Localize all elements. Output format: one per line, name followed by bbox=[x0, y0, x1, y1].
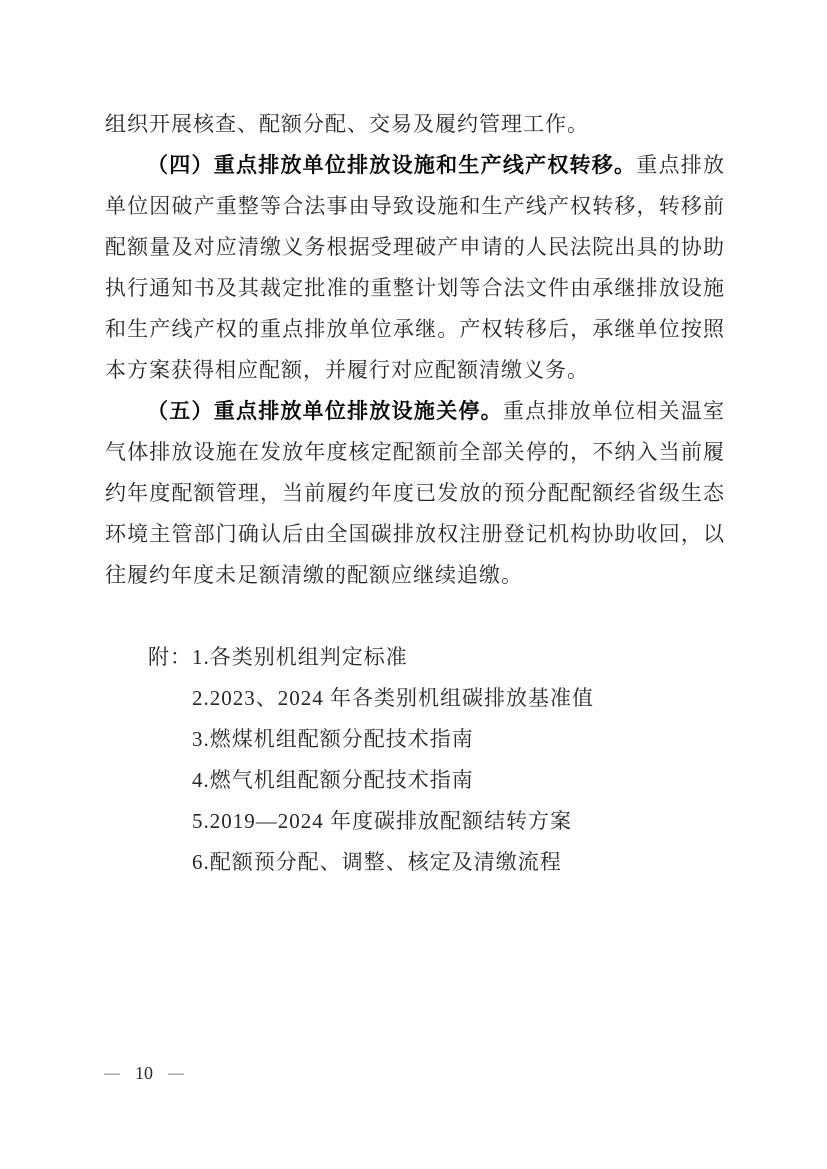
document-body: 组织开展核查、配额分配、交易及履约管理工作。 （四）重点排放单位排放设施和生产线… bbox=[105, 104, 725, 883]
paragraph-text: 组织开展核查、配额分配、交易及履约管理工作。 bbox=[105, 112, 589, 136]
footer-dash-left: — bbox=[104, 1065, 120, 1082]
page-number: 10 bbox=[135, 1063, 153, 1084]
paragraph-section-4: （四）重点排放单位排放设施和生产线产权转移。重点排放单位因破产重整等合法事由导致… bbox=[105, 145, 725, 391]
paragraph-section-5: （五）重点排放单位排放设施关停。重点排放单位相关温室气体排放设施在发放年度核定配… bbox=[105, 391, 725, 596]
section-4-heading: （四）重点排放单位排放设施和生产线产权转移。 bbox=[147, 153, 636, 177]
attachment-item-4: 4.燃气机组配额分配技术指南 bbox=[192, 760, 725, 801]
attachment-item-1: 1.各类别机组判定标准 bbox=[192, 637, 725, 678]
section-5-heading: （五）重点排放单位排放设施关停。 bbox=[147, 399, 503, 423]
section-4-text: 重点排放单位因破产重整等合法事由导致设施和生产线产权转移，转移前配额量及对应清缴… bbox=[105, 153, 725, 382]
attachment-item-3: 3.燃煤机组配额分配技术指南 bbox=[192, 719, 725, 760]
attachment-list: 附： 1.各类别机组判定标准 2.2023、2024 年各类别机组碳排放基准值 … bbox=[105, 637, 725, 883]
attachment-label: 附： bbox=[148, 637, 192, 883]
footer-dash-right: — bbox=[168, 1065, 184, 1082]
attachment-item-5: 5.2019—2024 年度碳排放配额结转方案 bbox=[192, 801, 725, 842]
page-footer: —10— bbox=[104, 1063, 184, 1084]
attachment-items: 1.各类别机组判定标准 2.2023、2024 年各类别机组碳排放基准值 3.燃… bbox=[192, 637, 725, 883]
attachment-item-2: 2.2023、2024 年各类别机组碳排放基准值 bbox=[192, 678, 725, 719]
section-5-text: 重点排放单位相关温室气体排放设施在发放年度核定配额前全部关停的，不纳入当前履约年… bbox=[105, 399, 725, 587]
attachment-item-6: 6.配额预分配、调整、核定及清缴流程 bbox=[192, 842, 725, 883]
document-page: 组织开展核查、配额分配、交易及履约管理工作。 （四）重点排放单位排放设施和生产线… bbox=[0, 0, 827, 1169]
paragraph-continuation: 组织开展核查、配额分配、交易及履约管理工作。 bbox=[105, 104, 725, 145]
